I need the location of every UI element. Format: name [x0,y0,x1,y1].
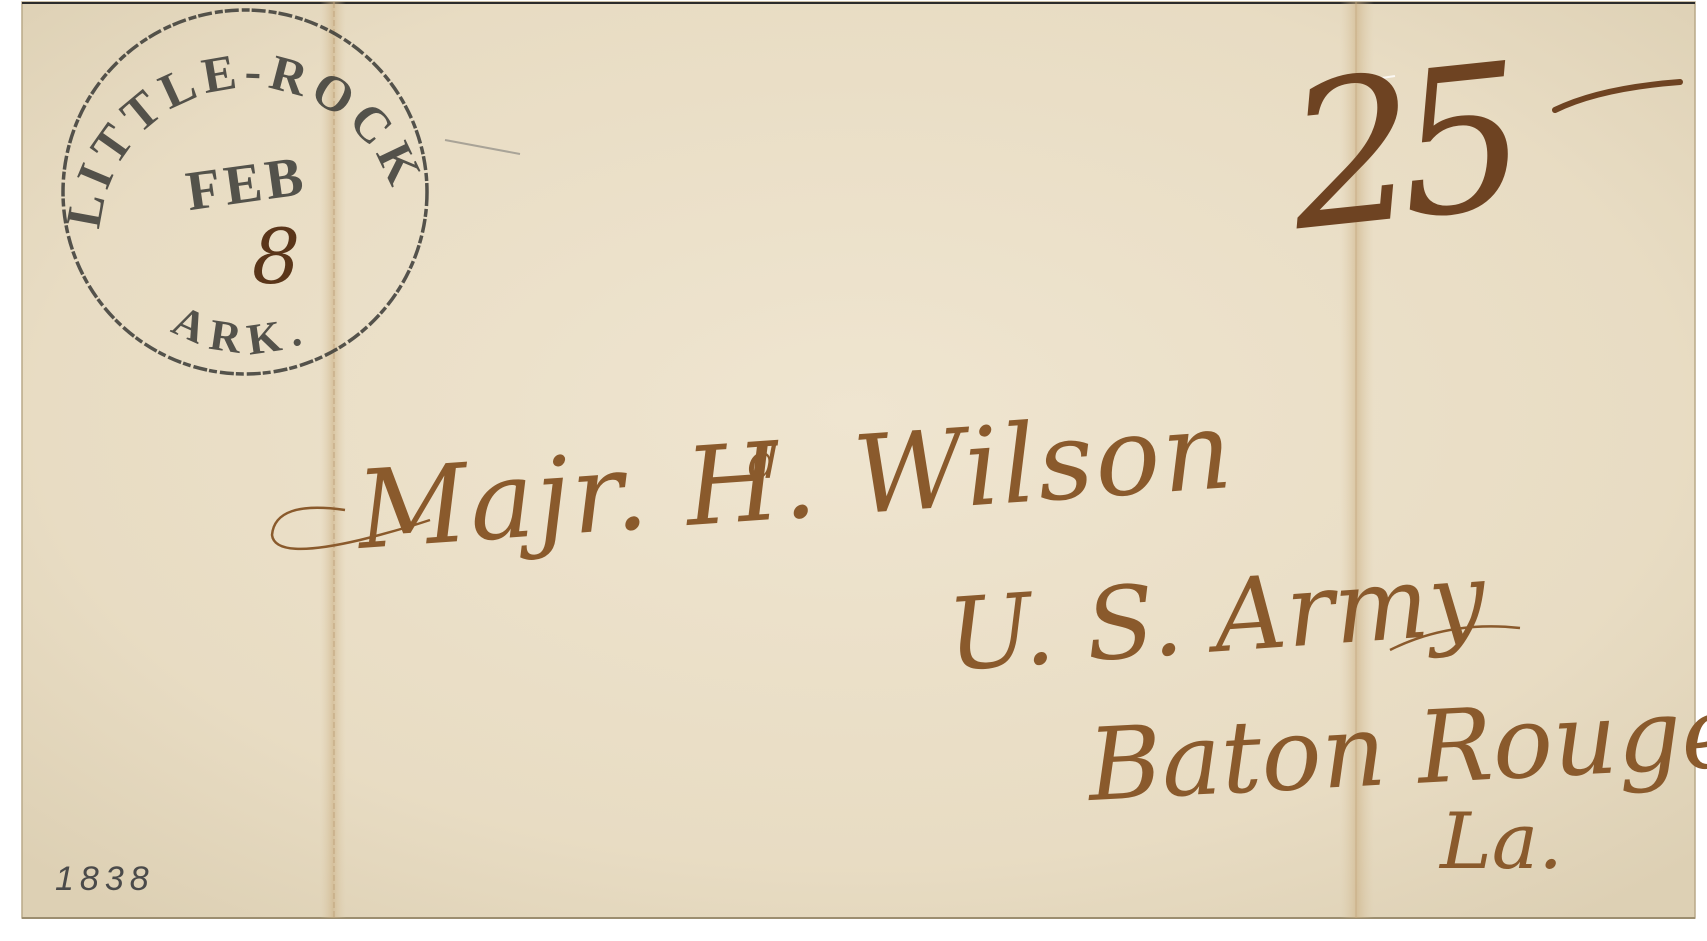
address-superscript: d [748,434,779,490]
address-line-4: La. [1438,797,1563,887]
svg-text:25: 25 [1277,21,1526,276]
envelope-scan: LITTLE-ROCK ARK. FEB 8 25 Majr. H. Wilso… [0,0,1707,941]
postmark-day: 8 [252,212,300,301]
pencil-year-note: 1838 [55,860,155,898]
